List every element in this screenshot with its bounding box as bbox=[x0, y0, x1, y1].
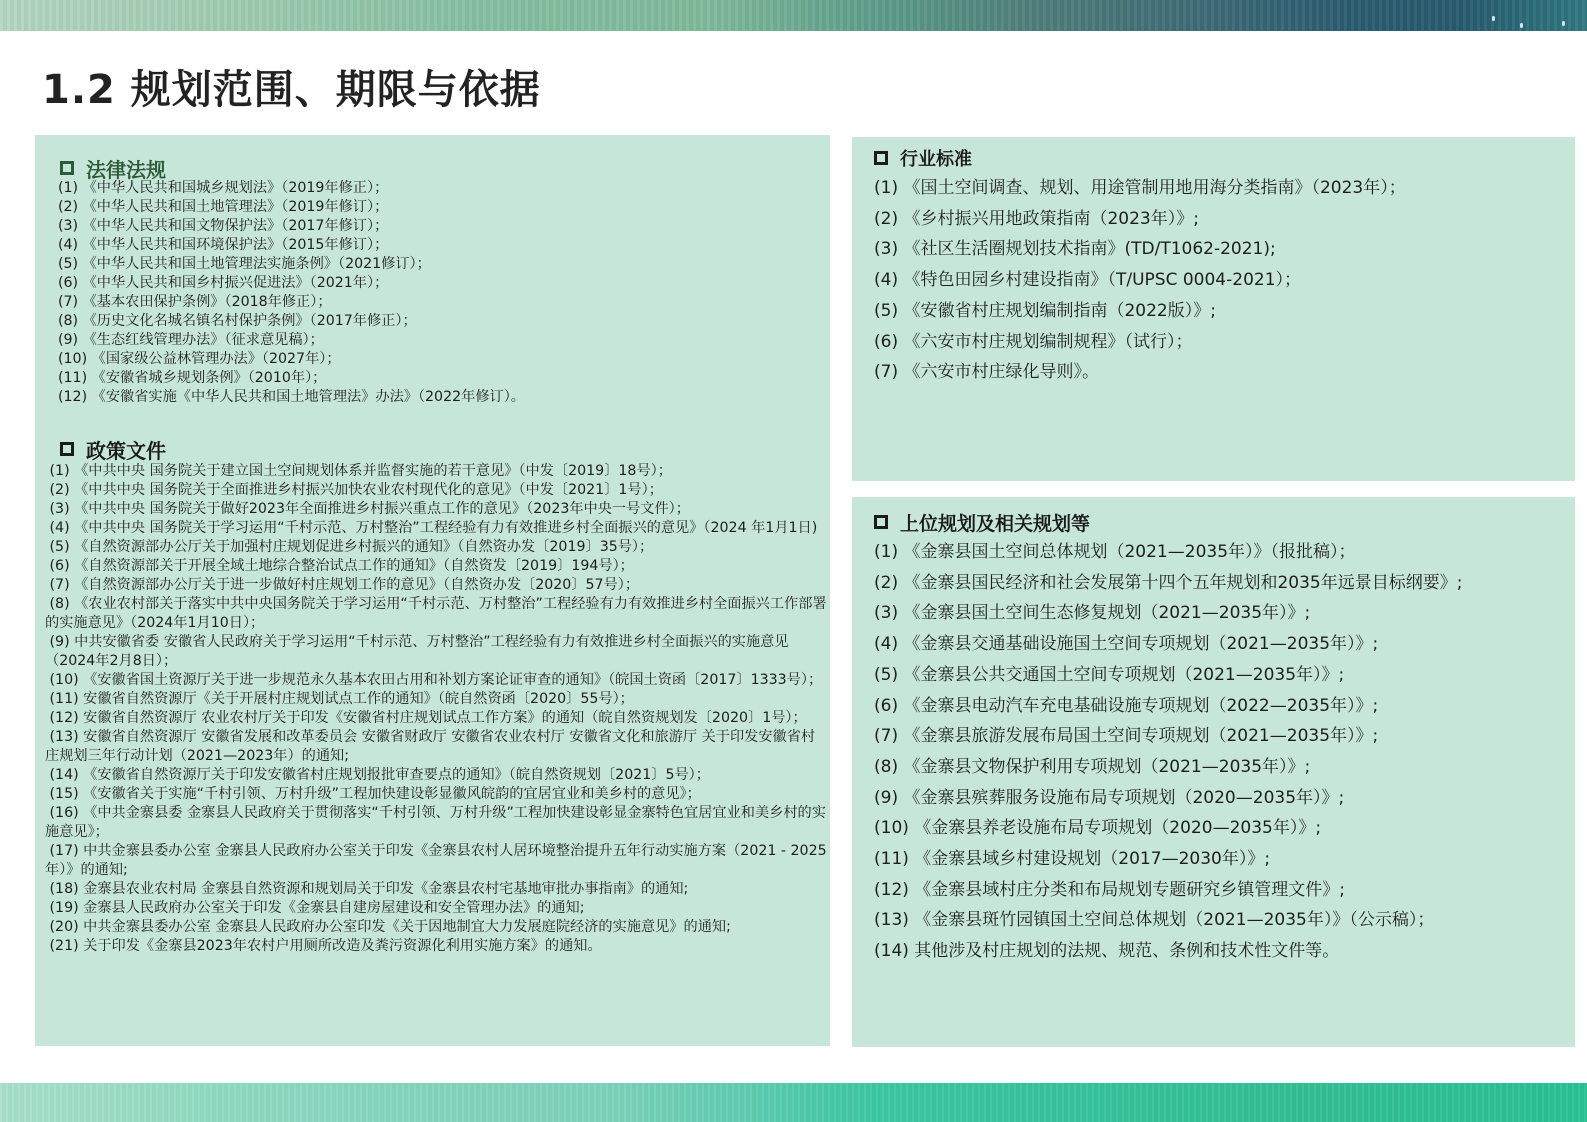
list-item: (3) 《中共中央 国务院关于做好2023年全面推进乡村振兴重点工作的意见》（2… bbox=[45, 500, 827, 519]
laws-heading: 法律法规 bbox=[60, 155, 820, 181]
list-item: (5) 《安徽省村庄规划编制指南（2022版）》; bbox=[874, 296, 1564, 327]
list-item: (10) 《国家级公益林管理办法》（2027年）； bbox=[58, 350, 820, 369]
list-item: (6) 《中华人民共和国乡村振兴促进法》（2021年）； bbox=[58, 274, 820, 293]
list-item: (2) 《金寨县国民经济和社会发展第十四个五年规划和2035年远景目标纲要》; bbox=[874, 568, 1569, 599]
page-title: 1.2 规划范围、期限与依据 bbox=[42, 58, 541, 115]
list-item: (7) 《基本农田保护条例》（2018年修正）； bbox=[58, 293, 820, 312]
plans-heading-text: 上位规划及相关规划等 bbox=[900, 509, 1090, 536]
list-item: (5) 《中华人民共和国土地管理法实施条例》（2021修订）； bbox=[58, 255, 820, 274]
list-item: (1) 《中共中央 国务院关于建立国土空间规划体系并监督实施的若干意见》（中发〔… bbox=[45, 462, 827, 481]
list-item: (1) 《中华人民共和国城乡规划法》（2019年修正）； bbox=[58, 179, 820, 198]
list-item: (5) 《金寨县公共交通国土空间专项规划（2021—2035年）》; bbox=[874, 660, 1569, 691]
laws-list: (1) 《中华人民共和国城乡规划法》（2019年修正）； (2) 《中华人民共和… bbox=[58, 179, 820, 407]
standards-list: (1) 《国土空间调查、规划、用途管制用地用海分类指南》（2023年）； (2)… bbox=[874, 173, 1564, 388]
list-item: (16) 《中共金寨县委 金寨县人民政府关于贯彻落实“千村引领、万村升级”工程加… bbox=[45, 804, 827, 842]
list-item: (9) 中共安徽省委 安徽省人民政府关于学习运用“千村示范、万村整治”工程经验有… bbox=[45, 633, 827, 671]
list-item: (12) 《金寨县域村庄分类和布局规划专题研究乡镇管理文件》; bbox=[874, 875, 1569, 906]
list-item: (3) 《中华人民共和国文物保护法》（2017年修订）； bbox=[58, 217, 820, 236]
decorative-dot bbox=[1562, 21, 1565, 26]
list-item: (18) 金寨县农业农村局 金寨县自然资源和规划局关于印发《金寨县农村宅基地审批… bbox=[45, 880, 827, 899]
policies-section: 政策文件 (1) 《中共中央 国务院关于建立国土空间规划体系并监督实施的若干意见… bbox=[45, 435, 827, 956]
list-item: (14) 《安徽省自然资源厅关于印发安徽省村庄规划报批审查要点的通知》（皖自然资… bbox=[45, 766, 827, 785]
list-item: (1) 《国土空间调查、规划、用途管制用地用海分类指南》（2023年）； bbox=[874, 173, 1564, 204]
list-item: (20) 中共金寨县委办公室 金寨县人民政府办公室印发《关于因地制宜大力发展庭院… bbox=[45, 918, 827, 937]
list-item: (19) 金寨县人民政府办公室关于印发《金寨县自建房屋建设和安全管理办法》的通知… bbox=[45, 899, 827, 918]
list-item: (7) 《自然资源部办公厅关于进一步做好村庄规划工作的意见》（自然资办发〔202… bbox=[45, 576, 827, 595]
policies-list: (1) 《中共中央 国务院关于建立国土空间规划体系并监督实施的若干意见》（中发〔… bbox=[45, 462, 827, 956]
list-item: (6) 《六安市村庄规划编制规程》（试行）； bbox=[874, 327, 1564, 358]
list-item: (11) 《安徽省城乡规划条例》（2010年）； bbox=[58, 369, 820, 388]
list-item: (2) 《中共中央 国务院关于全面推进乡村振兴加快农业农村现代化的意见》（中发〔… bbox=[45, 481, 827, 500]
list-item: (13) 《金寨县斑竹园镇国土空间总体规划（2021—2035年）》（公示稿）； bbox=[874, 905, 1569, 936]
list-item: (10) 《安徽省国土资源厅关于进一步规范永久基本农田占用和补划方案论证审查的通… bbox=[45, 671, 827, 690]
list-item: (3) 《社区生活圈规划技术指南》(TD/T1062-2021); bbox=[874, 234, 1564, 265]
list-item: (4) 《特色田园乡村建设指南》（T/UPSC 0004-2021）； bbox=[874, 265, 1564, 296]
list-item: (6) 《自然资源部关于开展全域土地综合整治试点工作的通知》（自然资发〔2019… bbox=[45, 557, 827, 576]
plans-section: 上位规划及相关规划等 (1) 《金寨县国土空间总体规划（2021—2035年）》… bbox=[874, 507, 1569, 967]
square-bullet-icon bbox=[874, 515, 888, 529]
plans-list: (1) 《金寨县国土空间总体规划（2021—2035年）》（报批稿）； (2) … bbox=[874, 537, 1569, 967]
list-item: (12) 安徽省自然资源厅 农业农村厅关于印发《安徽省村庄规划试点工作方案》的通… bbox=[45, 709, 827, 728]
laws-section: 法律法规 (1) 《中华人民共和国城乡规划法》（2019年修正）； (2) 《中… bbox=[60, 155, 820, 407]
policies-heading: 政策文件 bbox=[60, 435, 827, 463]
list-item: (8) 《金寨县文物保护利用专项规划（2021—2035年）》; bbox=[874, 752, 1569, 783]
list-item: (12) 《安徽省实施《中华人民共和国土地管理法》办法》（2022年修订）。 bbox=[58, 388, 820, 407]
list-item: (17) 中共金寨县委办公室 金寨县人民政府办公室关于印发《金寨县农村人居环境整… bbox=[45, 842, 827, 880]
top-banner bbox=[0, 0, 1587, 31]
decorative-dot bbox=[1520, 23, 1523, 28]
plans-panel: 上位规划及相关规划等 (1) 《金寨县国土空间总体规划（2021—2035年）》… bbox=[852, 497, 1575, 1047]
standards-heading: 行业标准 bbox=[874, 143, 1564, 173]
standards-heading-text: 行业标准 bbox=[900, 145, 972, 171]
square-bullet-icon bbox=[60, 161, 74, 175]
bottom-decorative-band bbox=[0, 1083, 1587, 1122]
list-item: (6) 《金寨县电动汽车充电基础设施专项规划（2022—2035年）》; bbox=[874, 691, 1569, 722]
list-item: (7) 《六安市村庄绿化导则》。 bbox=[874, 357, 1564, 388]
list-item: (4) 《中共中央 国务院关于学习运用“千村示范、万村整治”工程经验有力有效推进… bbox=[45, 519, 827, 538]
list-item: (21) 关于印发《金寨县2023年农村户用厕所改造及粪污资源化利用实施方案》的… bbox=[45, 937, 827, 956]
left-panel: 法律法规 (1) 《中华人民共和国城乡规划法》（2019年修正）； (2) 《中… bbox=[35, 135, 830, 1046]
list-item: (15) 《安徽省关于实施“千村引领、万村升级”工程加快建设彰显徽风皖韵的宜居宜… bbox=[45, 785, 827, 804]
policies-heading-text: 政策文件 bbox=[86, 435, 166, 464]
square-bullet-icon bbox=[60, 442, 74, 456]
list-item: (8) 《历史文化名城名镇名村保护条例》（2017年修正）； bbox=[58, 312, 820, 331]
list-item: (4) 《中华人民共和国环境保护法》（2015年修订）； bbox=[58, 236, 820, 255]
list-item: (5) 《自然资源部办公厅关于加强村庄规划促进乡村振兴的通知》（自然资办发〔20… bbox=[45, 538, 827, 557]
list-item: (2) 《乡村振兴用地政策指南（2023年）》; bbox=[874, 204, 1564, 235]
list-item: (2) 《中华人民共和国土地管理法》（2019年修订）； bbox=[58, 198, 820, 217]
list-item: (11) 《金寨县域乡村建设规划（2017—2030年）》; bbox=[874, 844, 1569, 875]
list-item: (10) 《金寨县养老设施布局专项规划（2020—2035年）》; bbox=[874, 813, 1569, 844]
list-item: (7) 《金寨县旅游发展布局国土空间专项规划（2021—2035年）》; bbox=[874, 721, 1569, 752]
list-item: (11) 安徽省自然资源厅《关于开展村庄规划试点工作的通知》（皖自然资函〔202… bbox=[45, 690, 827, 709]
list-item: (9) 《生态红线管理办法》（征求意见稿）； bbox=[58, 331, 820, 350]
decorative-dot bbox=[1492, 16, 1495, 21]
standards-panel: 行业标准 (1) 《国土空间调查、规划、用途管制用地用海分类指南》（2023年）… bbox=[852, 137, 1575, 481]
list-item: (4) 《金寨县交通基础设施国土空间专项规划（2021—2035年）》; bbox=[874, 629, 1569, 660]
list-item: (8) 《农业农村部关于落实中共中央国务院关于学习运用“千村示范、万村整治”工程… bbox=[45, 595, 827, 633]
list-item: (1) 《金寨县国土空间总体规划（2021—2035年）》（报批稿）； bbox=[874, 537, 1569, 568]
square-bullet-icon bbox=[874, 151, 888, 165]
standards-section: 行业标准 (1) 《国土空间调查、规划、用途管制用地用海分类指南》（2023年）… bbox=[874, 143, 1564, 388]
plans-heading: 上位规划及相关规划等 bbox=[874, 507, 1569, 537]
list-item: (13) 安徽省自然资源厅 安徽省发展和改革委员会 安徽省财政厅 安徽省农业农村… bbox=[45, 728, 827, 766]
list-item: (3) 《金寨县国土空间生态修复规划（2021—2035年）》; bbox=[874, 598, 1569, 629]
list-item: (14) 其他涉及村庄规划的法规、规范、条例和技术性文件等。 bbox=[874, 936, 1569, 967]
list-item: (9) 《金寨县殡葬服务设施布局专项规划（2020—2035年）》; bbox=[874, 783, 1569, 814]
